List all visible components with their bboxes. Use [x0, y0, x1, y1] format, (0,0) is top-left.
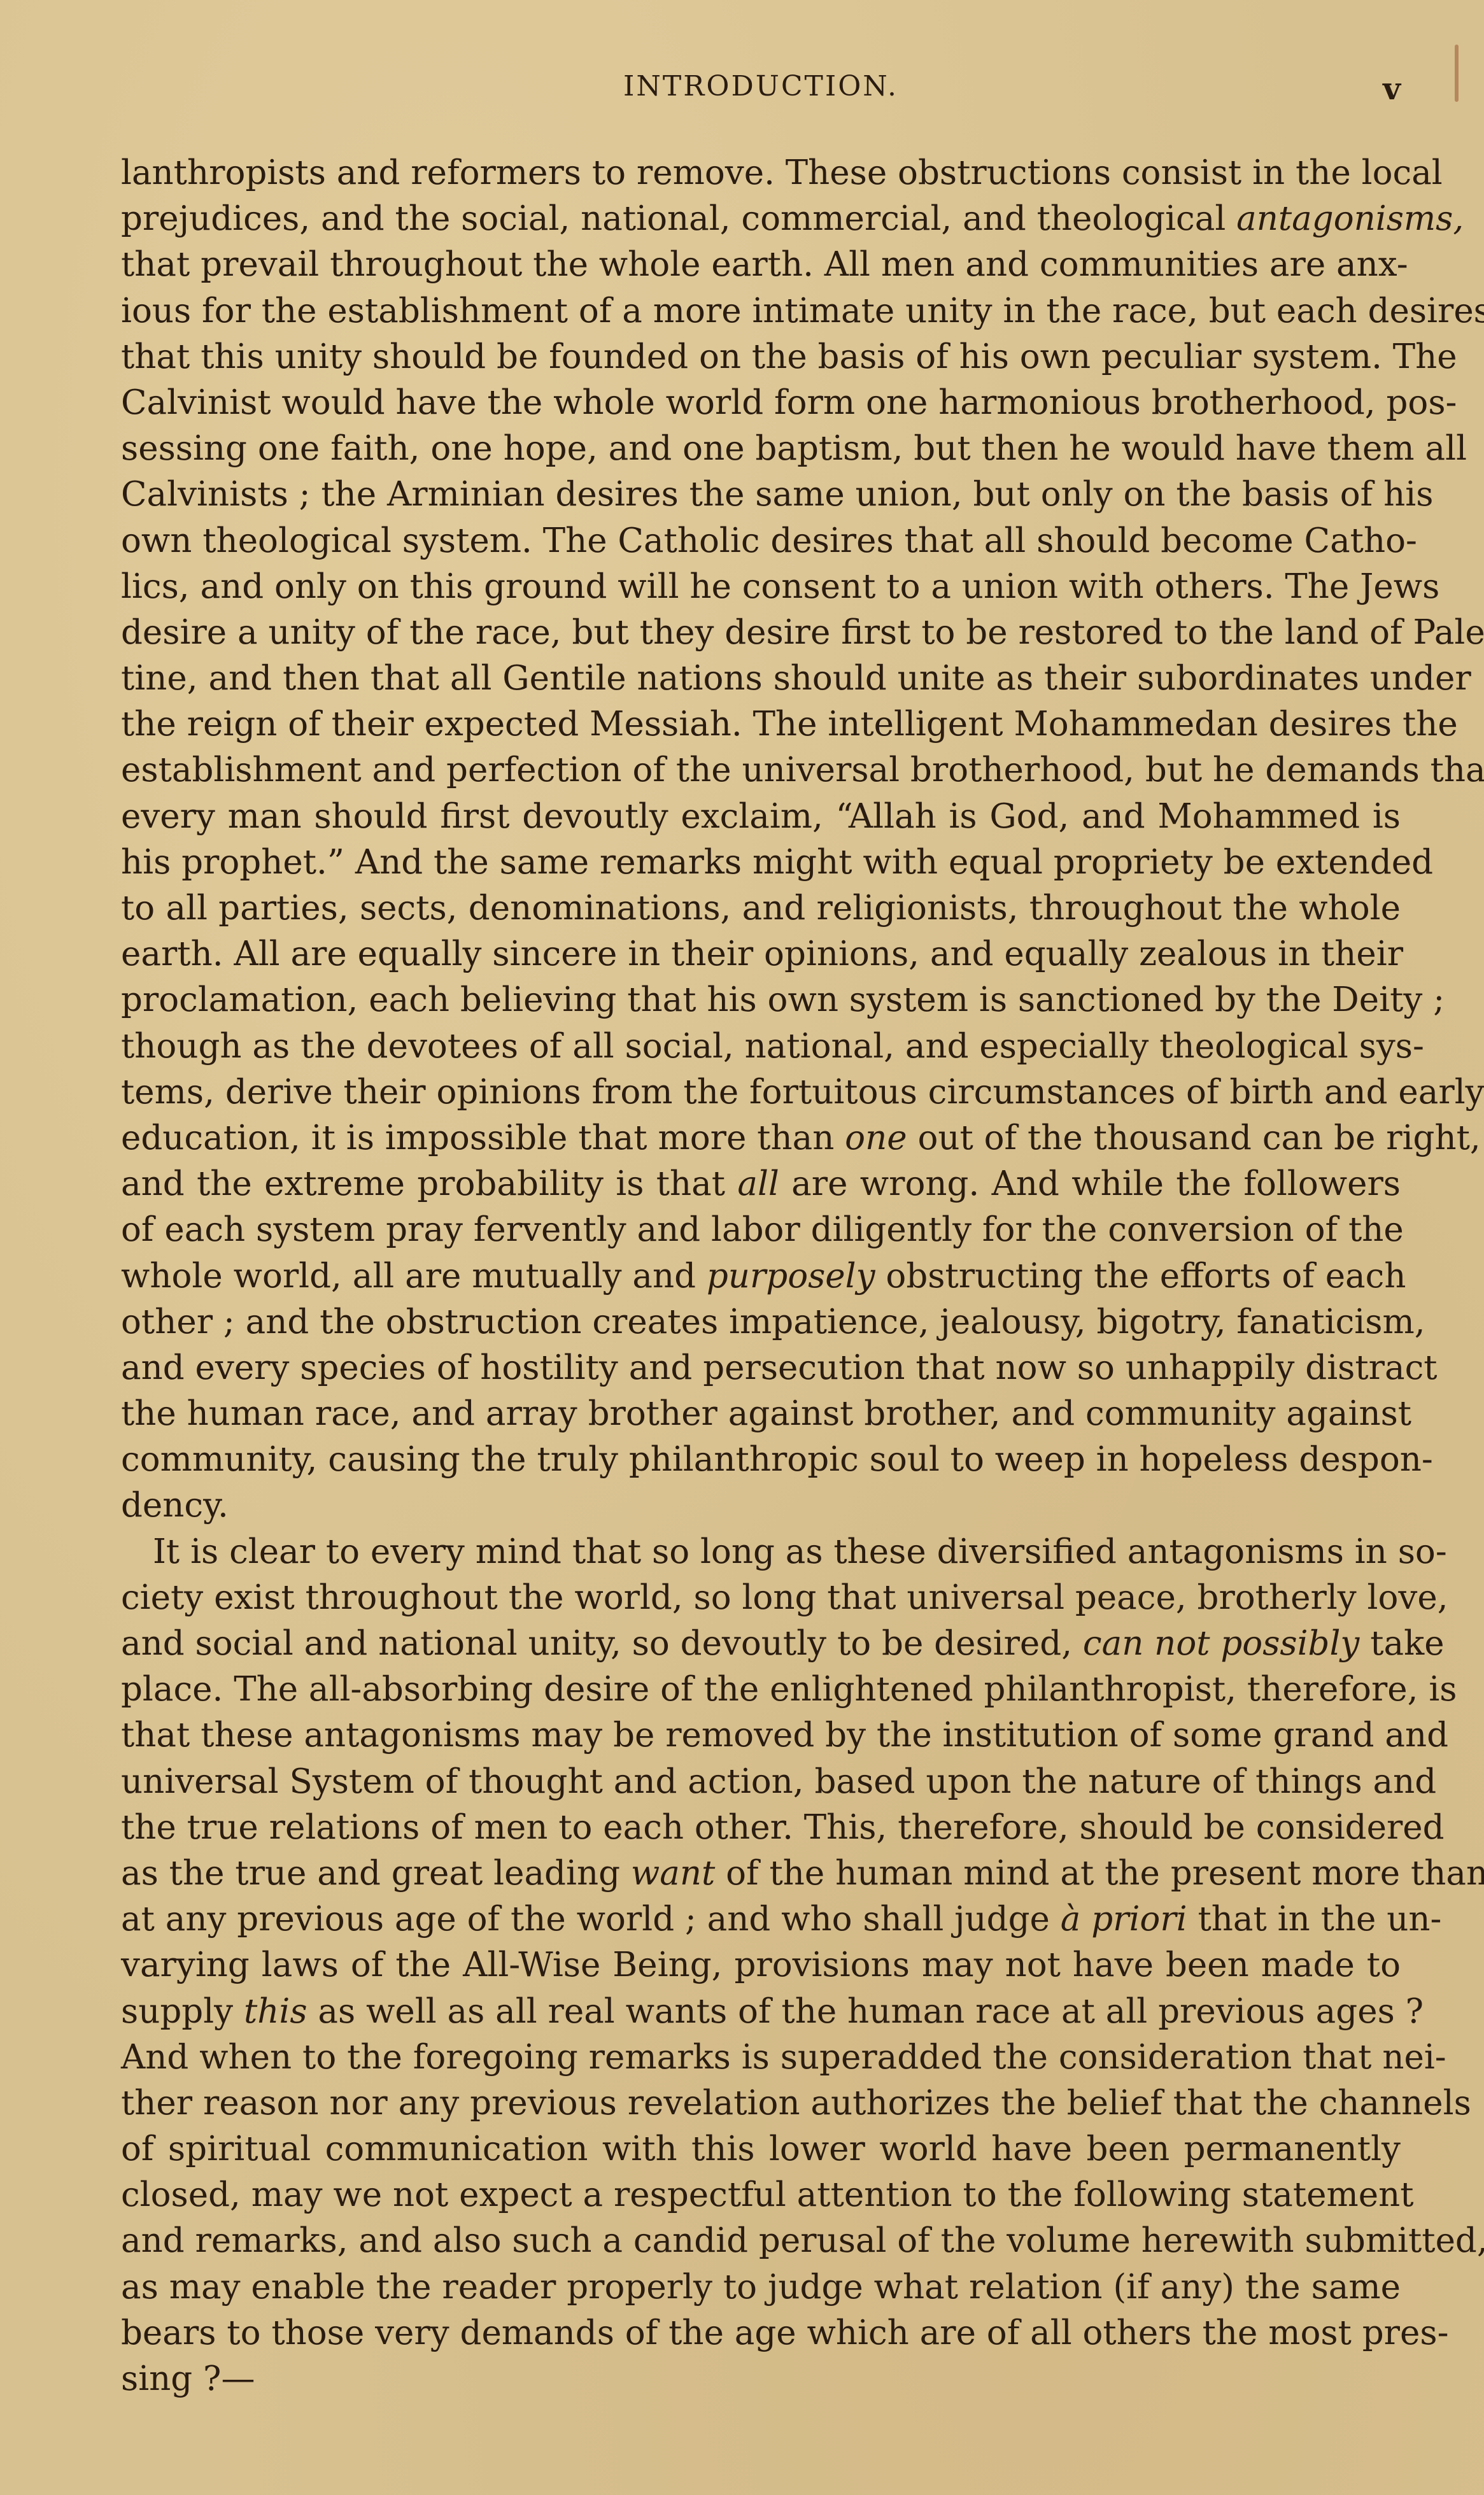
- text-line: every man should first devoutly exclaim,…: [121, 794, 1401, 840]
- italic-run: this: [244, 1992, 307, 2031]
- text-run: and social and national unity, so devout…: [121, 1624, 1083, 1663]
- text-line: tems, derive their opinions from the for…: [121, 1070, 1401, 1115]
- page-number: v: [1383, 71, 1401, 107]
- text-line: the reign of their expected Messiah. The…: [121, 702, 1401, 747]
- text-run: supply: [121, 1992, 244, 2031]
- text-line: that prevail throughout the whole earth.…: [121, 242, 1401, 288]
- text-line: his prophet.” And the same remarks might…: [121, 840, 1401, 886]
- text-run: are wrong. And while the followers: [779, 1164, 1401, 1203]
- text-run: take: [1359, 1624, 1444, 1663]
- text-line: tine, and then that all Gentile nations …: [121, 656, 1401, 702]
- italic-run: can not possibly: [1083, 1624, 1359, 1663]
- body-text: lanthropists and reformers to remove. Th…: [121, 150, 1401, 2402]
- text-line: community, causing the truly philanthrop…: [121, 1437, 1401, 1483]
- text-run: prejudices, and the social, national, co…: [121, 199, 1236, 238]
- text-line: at any previous age of the world ; and w…: [121, 1897, 1401, 1942]
- text-line: ther reason nor any previous revelation …: [121, 2081, 1401, 2126]
- page-header: INTRODUCTION. v: [121, 70, 1401, 108]
- text-line: It is clear to every mind that so long a…: [121, 1529, 1401, 1575]
- text-line: ciety exist throughout the world, so lon…: [121, 1575, 1401, 1621]
- text-run: education, it is impossible that more th…: [121, 1119, 845, 1157]
- text-line: though as the devotees of all social, na…: [121, 1024, 1401, 1070]
- text-run: obstructing the efforts of each: [875, 1257, 1406, 1296]
- text-line: as the true and great leading want of th…: [121, 1851, 1401, 1897]
- text-line: sessing one faith, one hope, and one bap…: [121, 426, 1401, 472]
- text-line: to all parties, sects, denominations, an…: [121, 886, 1401, 931]
- text-line: desire a unity of the race, but they des…: [121, 610, 1401, 656]
- italic-run: à priori: [1061, 1900, 1187, 1939]
- text-line: varying laws of the All-Wise Being, prov…: [121, 1942, 1401, 1988]
- italic-run: all: [737, 1164, 779, 1203]
- italic-run: one: [845, 1119, 907, 1157]
- text-line: lanthropists and reformers to remove. Th…: [121, 150, 1401, 196]
- italic-run: antagonisms,: [1236, 199, 1464, 238]
- text-line: place. The all-absorbing desire of the e…: [121, 1667, 1401, 1713]
- text-line: whole world, all are mutually and purpos…: [121, 1254, 1401, 1299]
- text-line: bears to those very demands of the age w…: [121, 2310, 1401, 2356]
- text-line: of each system pray fervently and labor …: [121, 1207, 1401, 1253]
- text-line: education, it is impossible that more th…: [121, 1115, 1401, 1161]
- text-line: establishment and perfection of the univ…: [121, 747, 1401, 793]
- text-run: out of the thousand can be right,: [907, 1119, 1481, 1157]
- text-line: that these antagonisms may be removed by…: [121, 1713, 1401, 1758]
- text-line: lics, and only on this ground will he co…: [121, 564, 1401, 610]
- paper-blemish: [1455, 45, 1459, 102]
- text-line: and every species of hostility and perse…: [121, 1345, 1401, 1391]
- text-line: supply this as well as all real wants of…: [121, 1989, 1401, 2035]
- italic-run: want: [631, 1854, 715, 1893]
- text-line: earth. All are equally sincere in their …: [121, 931, 1401, 977]
- text-line: sing ?—: [121, 2356, 1401, 2402]
- text-line: And when to the foregoing remarks is sup…: [121, 2035, 1401, 2081]
- text-run: that in the un-: [1187, 1900, 1442, 1939]
- text-line: as may enable the reader properly to jud…: [121, 2265, 1401, 2310]
- text-line: and the extreme probability is that all …: [121, 1161, 1401, 1207]
- text-line: Calvinists ; the Arminian desires the sa…: [121, 472, 1401, 518]
- text-line: other ; and the obstruction creates impa…: [121, 1299, 1401, 1345]
- text-run: as the true and great leading: [121, 1854, 631, 1893]
- text-run: at any previous age of the world ; and w…: [121, 1900, 1061, 1939]
- text-line: the true relations of men to each other.…: [121, 1805, 1401, 1851]
- text-line: prejudices, and the social, national, co…: [121, 196, 1401, 242]
- italic-run: purposely: [707, 1257, 875, 1296]
- text-line: dency.: [121, 1483, 1401, 1529]
- text-line: universal System of thought and action, …: [121, 1759, 1401, 1805]
- text-line: and social and national unity, so devout…: [121, 1621, 1401, 1667]
- text-run: and the extreme probability is that: [121, 1164, 737, 1203]
- text-line: the human race, and array brother agains…: [121, 1391, 1401, 1437]
- running-head: INTRODUCTION.: [121, 70, 1401, 102]
- text-line: of spiritual communication with this low…: [121, 2126, 1401, 2172]
- text-line: own theological system. The Catholic des…: [121, 518, 1401, 564]
- text-line: proclamation, each believing that his ow…: [121, 977, 1401, 1023]
- text-run: as well as all real wants of the human r…: [307, 1992, 1424, 2031]
- text-run: of the human mind at the present more th…: [715, 1854, 1484, 1893]
- text-line: that this unity should be founded on the…: [121, 334, 1401, 380]
- text-line: closed, may we not expect a respectful a…: [121, 2172, 1401, 2218]
- text-line: Calvinist would have the whole world for…: [121, 380, 1401, 426]
- text-line: and remarks, and also such a candid peru…: [121, 2218, 1401, 2264]
- text-run: whole world, all are mutually and: [121, 1257, 707, 1296]
- text-line: ious for the establishment of a more int…: [121, 288, 1401, 334]
